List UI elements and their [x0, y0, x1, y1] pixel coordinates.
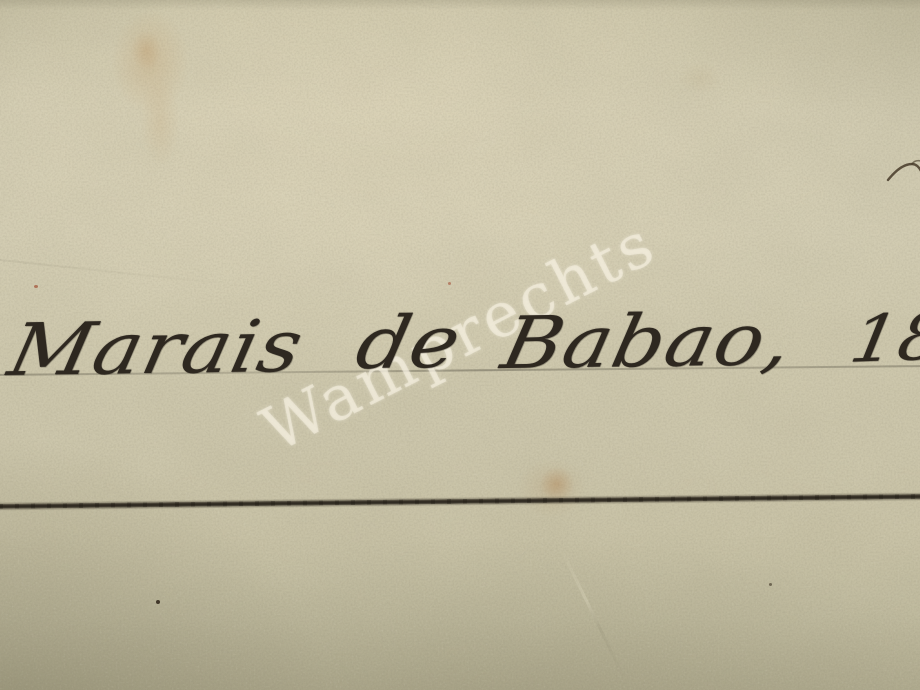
ink-speck	[769, 583, 772, 586]
ink-speck	[156, 600, 160, 604]
handwritten-line: Marais de Babao, 1812„	[3, 299, 920, 387]
handwritten-word: Babao,	[496, 303, 800, 379]
pen-flourish-mark	[884, 152, 920, 188]
paper-edge-shadow	[0, 0, 920, 10]
red-speck	[34, 285, 38, 288]
handwritten-word: Marais	[3, 310, 310, 386]
document-photo: Wamprechts Marais de Babao, 1812„	[0, 0, 920, 690]
red-speck	[448, 282, 451, 285]
handwritten-word-year: 1812„	[846, 300, 920, 373]
handwritten-word: de	[350, 306, 467, 380]
